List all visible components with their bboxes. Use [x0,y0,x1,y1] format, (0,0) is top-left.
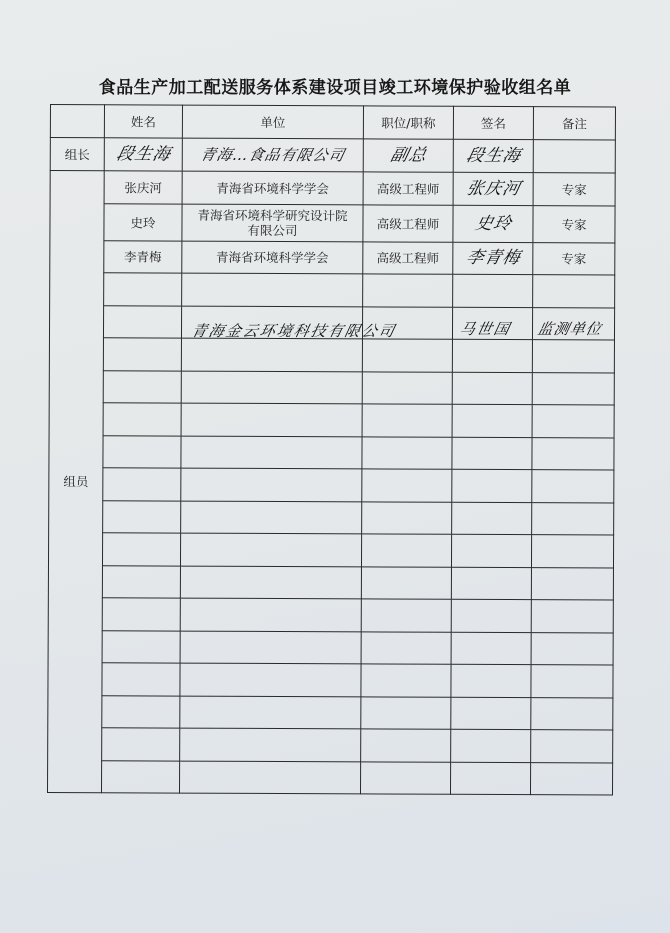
header-group [50,105,104,138]
member-unit: 青海省环境科学研究设计院 有限公司 [182,204,363,242]
empty-cell [451,632,531,665]
empty-cell [103,403,181,436]
member-name: 张庆河 [104,171,182,204]
empty-cell [102,598,180,631]
empty-cell [362,339,452,372]
member-name: 李青梅 [104,241,182,273]
empty-cell [102,663,180,696]
empty-cell [181,501,362,534]
member-position: 高级工程师 [363,172,453,205]
empty-cell [532,470,614,503]
empty-cell [452,437,532,470]
empty-member-row [49,370,614,405]
header-position: 职位/职称 [363,106,453,139]
empty-cell [450,762,530,795]
empty-cell [180,696,361,729]
member-row: 史玲 青海省环境科学研究设计院 有限公司 高级工程师 史玲 专家 [50,204,615,243]
empty-cell [181,436,362,469]
empty-cell [451,534,531,567]
empty-cell [531,632,613,665]
member-signature: 李青梅 [464,251,521,266]
empty-cell [531,697,613,730]
empty-member-row [48,695,613,730]
empty-member-row [49,435,614,470]
empty-cell [531,665,613,698]
empty-cell [180,728,361,761]
member-remark: 专家 [533,206,615,243]
header-unit: 单位 [182,105,363,139]
empty-cell [180,566,361,599]
empty-cell [102,695,180,728]
empty-cell [103,338,181,371]
empty-cell [451,567,531,600]
leader-signature: 段生海 [465,148,522,163]
empty-cell [361,729,451,762]
empty-cell [103,468,181,501]
empty-cell [179,761,360,794]
empty-cell [104,273,182,306]
empty-cell [531,730,613,763]
empty-cell [532,340,614,373]
empty-cell [452,404,532,437]
empty-cell [361,599,451,632]
member-position: 高级工程师 [363,205,453,242]
empty-cell [181,403,362,436]
empty-cell [101,760,179,793]
empty-cell [531,535,613,568]
empty-cell [362,404,452,437]
empty-member-row [48,532,613,567]
header-remark: 备注 [533,107,615,140]
handwritten-signature: 马世国 [458,318,513,339]
empty-cell [532,405,614,438]
member-signature: 史玲 [473,216,512,231]
empty-cell [181,371,362,404]
empty-cell [180,663,361,696]
empty-cell [532,372,614,405]
leader-name-handwritten: 段生海 [115,147,172,162]
header-row: 姓名 单位 职位/职称 签名 备注 [50,105,615,140]
empty-cell [362,436,452,469]
empty-cell [363,274,453,307]
empty-cell [103,500,181,533]
empty-cell [361,566,451,599]
empty-member-row [49,500,614,535]
empty-member-row [49,337,614,372]
member-name: 史玲 [104,204,182,241]
member-unit-line1: 青海省环境科学研究设计院 [182,208,362,224]
empty-cell [181,468,362,501]
empty-cell [102,630,180,663]
leader-row: 组长 段生海 青海…食品有限公司 副总 段生海 [50,138,615,173]
empty-cell [181,338,362,371]
empty-cell [531,567,613,600]
empty-cell [453,274,533,307]
empty-cell [452,372,532,405]
empty-cell [361,664,451,697]
member-remark: 专家 [533,243,615,275]
member-position: 高级工程师 [363,242,453,274]
leader-unit-handwritten: 青海…食品有限公司 [199,147,346,163]
empty-member-row [49,402,614,437]
member-signature: 张庆河 [465,181,522,196]
member-remark: 专家 [533,173,615,206]
empty-member-row [48,630,613,665]
empty-cell [452,339,532,372]
empty-cell [451,664,531,697]
empty-member-row [48,727,613,762]
header-signature: 签名 [453,106,533,139]
empty-cell [532,502,614,535]
member-label: 组员 [47,171,104,793]
member-row: 组员 张庆河 青海省环境科学学会 高级工程师 张庆河 专家 [50,171,615,206]
empty-cell [102,565,180,598]
empty-cell [103,305,181,338]
empty-cell [180,598,361,631]
empty-cell [182,273,363,306]
empty-cell [530,762,612,795]
document-title: 食品生产加工配送服务体系建设项目竣工环境保护验收组名单 [0,73,670,98]
member-unit: 青海省环境科学学会 [182,241,363,274]
empty-cell [361,534,451,567]
header-name: 姓名 [104,105,182,138]
handwritten-remark: 监测单位 [536,318,604,339]
empty-cell [362,501,452,534]
empty-cell [451,729,531,762]
empty-cell [362,469,452,502]
empty-cell [360,761,450,794]
empty-member-row [50,273,615,308]
handwritten-unit: 青海金云环境科技有限公司 [190,320,398,341]
empty-cell [451,697,531,730]
empty-cell [361,696,451,729]
empty-member-row [48,662,613,697]
empty-cell [103,370,181,403]
empty-member-row [47,760,612,795]
empty-cell [103,435,181,468]
empty-cell [180,533,361,566]
empty-cell [362,371,452,404]
empty-cell [531,600,613,633]
empty-cell [452,469,532,502]
leader-remark [533,140,615,173]
empty-cell [361,631,451,664]
empty-cell [451,599,531,632]
empty-cell [532,437,614,470]
member-unit: 青海省环境科学学会 [182,171,363,205]
empty-cell [102,728,180,761]
empty-cell [452,502,532,535]
leader-label: 组长 [50,138,104,171]
empty-cell [180,631,361,664]
empty-member-row [48,565,613,600]
member-row: 李青梅 青海省环境科学学会 高级工程师 李青梅 专家 [50,241,615,275]
empty-cell [533,275,615,308]
acceptance-group-table: 姓名 单位 职位/职称 签名 备注 组长 段生海 青海…食品有限公司 副总 段生… [47,104,616,795]
empty-member-row [49,467,614,502]
empty-member-row [48,597,613,632]
empty-cell [102,533,180,566]
member-unit-line2: 有限公司 [182,223,362,239]
leader-position-handwritten: 副总 [389,148,428,163]
